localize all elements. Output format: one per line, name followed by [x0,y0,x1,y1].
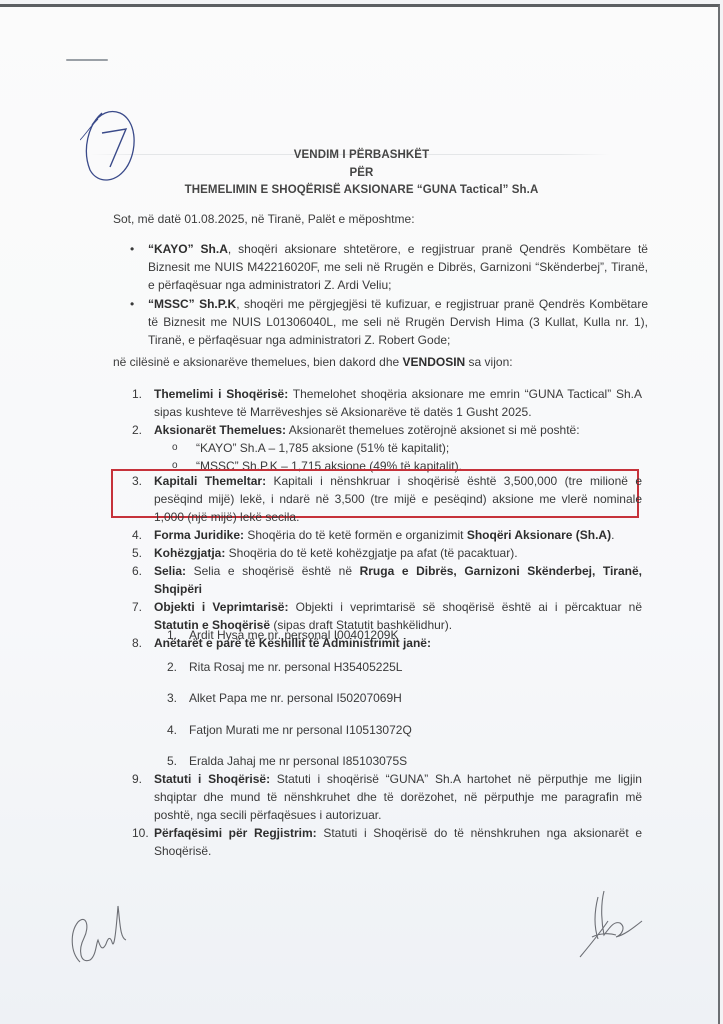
article-heading: Themelimi i Shoqërisë: [154,387,288,401]
article-heading: Forma Juridike: [154,528,244,542]
signature-right [570,877,650,967]
article-number: 5. [132,544,142,562]
member-number: 3. [167,689,177,707]
document-page: VENDIM I PËRBASHKËT PËR THEMELIMIN E SHO… [0,4,720,1024]
article-9: 9. Statuti i Shoqërisë: Statuti i shoqër… [132,770,642,824]
articles-list-c: 9. Statuti i Shoqërisë: Statuti i shoqër… [132,770,642,860]
article-number: 2. [132,421,142,439]
article-bold-text: Shoqëri Aksionare (Sh.A) [467,528,611,542]
party-name: “KAYO” Sh.A [148,242,228,256]
article-tail: . [611,528,614,542]
article-10: 10. Përfaqësimi për Regjistrim: Statuti … [132,824,642,860]
signature-left [66,892,136,972]
articles-list-b: 3. Kapitali Themeltar: Kapitali i nënshk… [132,472,642,652]
article-text: Objekti i veprimtarisë së shoqërisë ësht… [288,600,642,614]
board-members-list: 1.Ardit Hysa me nr. personal I00401209K … [167,626,412,784]
article-1: 1. Themelimi i Shoqërisë: Themelohet sho… [132,385,642,421]
article-4: 4. Forma Juridike: Shoqëria do të ketë f… [132,526,642,544]
shareholder-text: “KAYO” Sh.A – 1,785 aksione (51% të kapi… [196,441,449,455]
doc-title-line3: THEMELIMIN E SHOQËRISË AKSIONARE “GUNA T… [0,184,723,196]
article-number: 8. [132,634,142,652]
article-text: Selia e shoqërisë është në [186,564,360,578]
article-heading: Statuti i Shoqërisë: [154,772,270,786]
article-3: 3. Kapitali Themeltar: Kapitali i nënshk… [132,472,642,526]
member-text: Rita Rosaj me nr. personal H35405225L [189,660,402,674]
article-number: 4. [132,526,142,544]
article-heading: Kohëzgjatja: [154,546,225,560]
shareholder-item: o “KAYO” Sh.A – 1,785 aksione (51% të ka… [172,439,642,457]
party-item: • “MSSC” Sh.P.K, shoqëri me përgjegjësi … [130,295,648,349]
member-number: 2. [167,658,177,676]
articles-list-a: 1. Themelimi i Shoqërisë: Themelohet sho… [132,385,642,475]
scan-mark [66,59,108,61]
article-5: 5. Kohëzgjatja: Shoqëria do të ketë kohë… [132,544,642,562]
board-member: 5.Eralda Jahaj me nr personal I85103075S [167,752,412,770]
agreement-line: në cilësinë e aksionarëve themelues, bie… [113,353,513,371]
agreement-text-end: sa vijon: [465,355,512,369]
doc-title-line1: VENDIM I PËRBASHKËT [0,149,723,161]
board-member: 3.Alket Papa me nr. personal I50207069H [167,689,412,707]
board-member: 1.Ardit Hysa me nr. personal I00401209K [167,626,412,644]
article-text: Shoqëria do të ketë kohëzgjatje pa afat … [225,546,517,560]
agreement-text: në cilësinë e aksionarëve themelues, bie… [113,355,403,369]
article-heading: Selia: [154,564,186,578]
bullet-icon: • [130,295,134,313]
article-number: 3. [132,472,142,490]
article-heading: Aksionarët Themelues: [154,423,286,437]
article-heading: Kapitali Themeltar: [154,474,266,488]
parties-list: • “KAYO” Sh.A, shoqëri aksionare shtetër… [130,240,648,350]
article-6: 6. Selia: Selia e shoqërisë është në Rru… [132,562,642,598]
party-name: “MSSC” Sh.P.K [148,297,236,311]
board-member: 4.Fatjon Murati me nr personal I10513072… [167,721,412,739]
member-text: Eralda Jahaj me nr personal I85103075S [189,754,407,768]
party-item: • “KAYO” Sh.A, shoqëri aksionare shtetër… [130,240,648,294]
agreement-keyword: VENDOSIN [403,355,466,369]
member-text: Fatjon Murati me nr personal I10513072Q [189,723,412,737]
bullet-icon: • [130,240,134,258]
member-text: Ardit Hysa me nr. personal I00401209K [189,628,398,642]
article-number: 9. [132,770,142,788]
article-2: 2. Aksionarët Themelues: Aksionarët them… [132,421,642,439]
member-text: Alket Papa me nr. personal I50207069H [189,691,402,705]
circle-bullet-icon: o [172,439,178,457]
member-number: 1. [167,626,177,644]
article-text: Shoqëria do të ketë formën e organizimit [244,528,467,542]
intro-line: Sot, më datë 01.08.2025, në Tiranë, Palë… [113,210,415,228]
article-number: 7. [132,598,142,616]
article-number: 6. [132,562,142,580]
article-heading: Objekti i Veprimtarisë: [154,600,288,614]
article-heading: Përfaqësimi për Regjistrim: [154,826,317,840]
board-member: 2.Rita Rosaj me nr. personal H35405225L [167,658,412,676]
member-number: 5. [167,752,177,770]
article-text: Aksionarët themelues zotërojnë aksionet … [286,423,580,437]
article-number: 1. [132,385,142,403]
article-number: 10. [132,824,149,842]
member-number: 4. [167,721,177,739]
doc-title-line2: PËR [0,167,723,179]
